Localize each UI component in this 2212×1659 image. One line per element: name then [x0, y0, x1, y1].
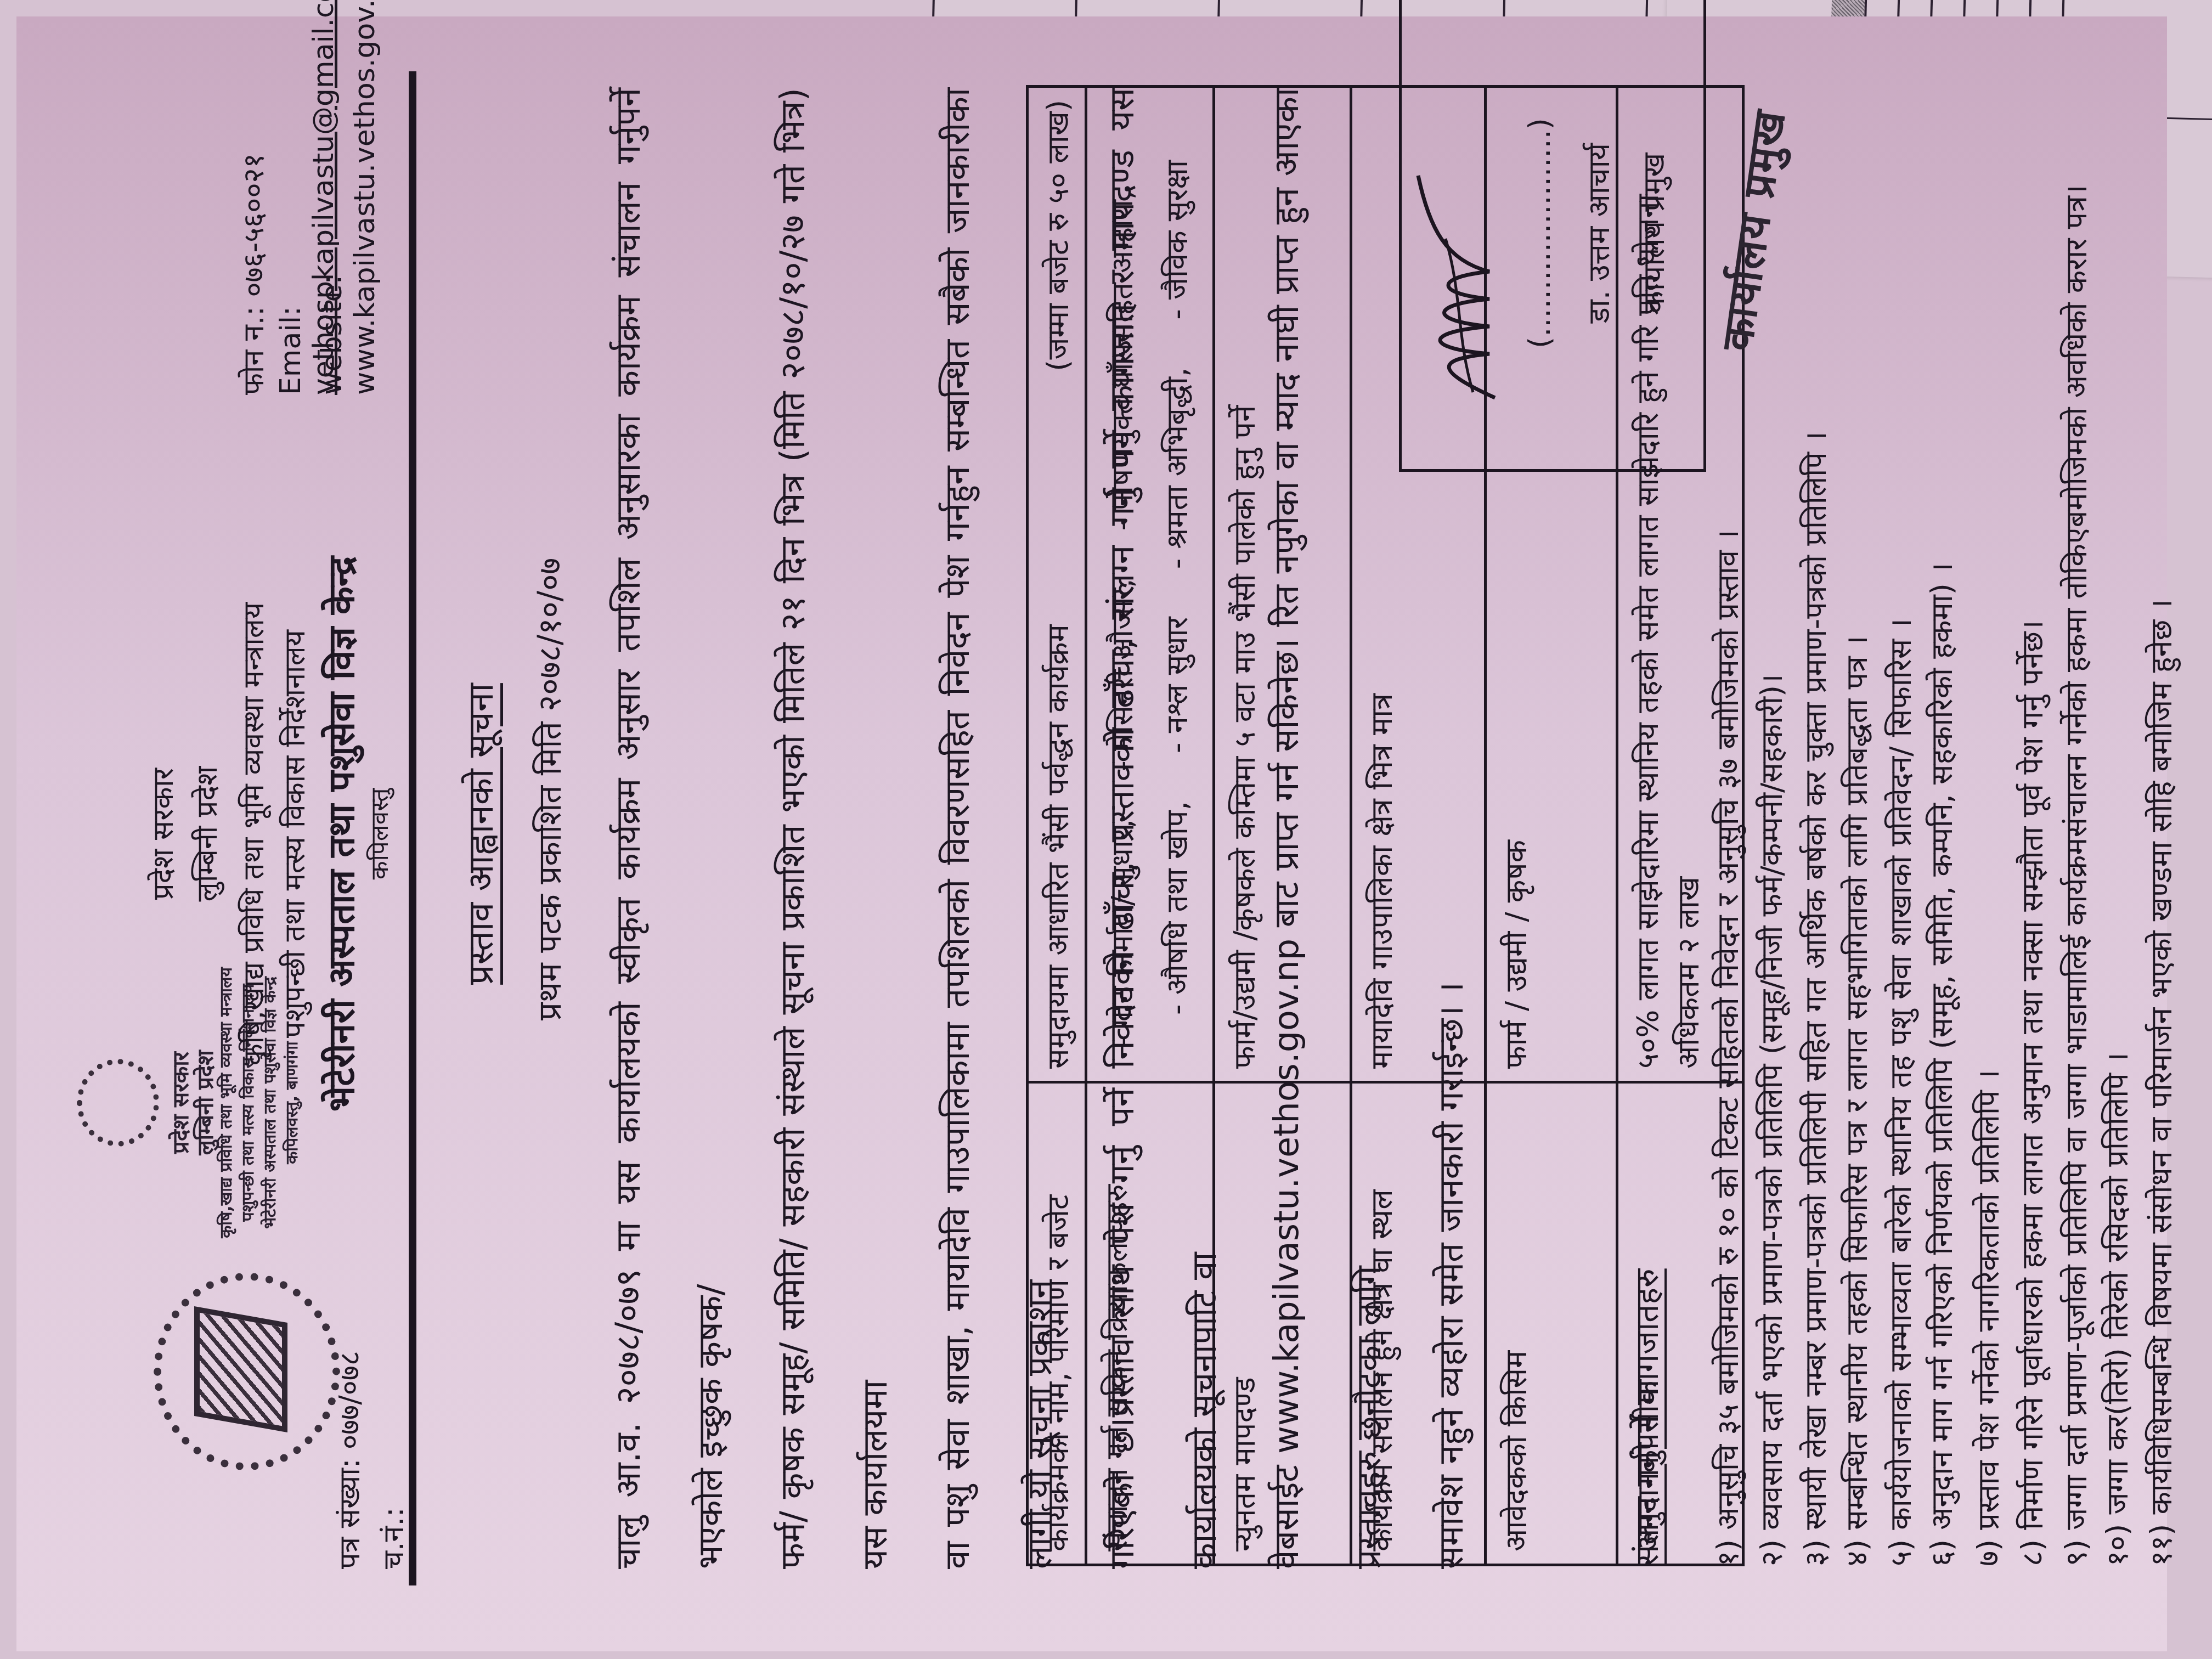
activity-item: - पोषणयुक्त घाँससहित आहारा, [1095, 190, 1150, 531]
signatory-designation: कार्यालय प्रमुख [1632, 0, 1673, 469]
signature-box: (......................) डा. उत्तम आचार्… [1399, 0, 1706, 472]
table-row: संचालन गर्न सकिने क्रियाकलापहरु - गोठ नि… [1086, 87, 1214, 1565]
header-province: लुम्बिनी प्रदेश [187, 16, 225, 1651]
body-line: चालु आ.व. २०७८/०७९ मा यस कार्यालयको स्वी… [587, 88, 752, 1569]
signature-dots: (......................) [1522, 0, 1557, 469]
total-budget: (जम्मा बजेट रु ५० लाख) [1036, 100, 1077, 371]
publish-date: प्रथम पटक प्रकाशित मिति २०७८/१०/०७ [527, 558, 570, 1020]
activity-item: - श्रमता अभिबृद्धी, [1150, 368, 1205, 569]
header-gov: प्रदेश सरकार [143, 16, 182, 1651]
header-divider [409, 71, 416, 1585]
row-value: समुदायमा आधारित भैंसी पर्वद्धन कार्यक्रम… [1028, 87, 1086, 1082]
attachments-heading: संलग्न गर्नुपर्ने कागजातहरु [1624, 1268, 1667, 1566]
website-label: website: [315, 275, 348, 395]
notice-title-wrap: प्रस्ताव आह्वानको सूचना [455, 16, 503, 1651]
activity-item: - गोठ निर्माण/ सुधार, [1095, 819, 1150, 1048]
row-label: न्युनतम मापदण्ड [1214, 1082, 1351, 1565]
phone-value: ०७६-५६००२१ [238, 153, 270, 297]
activity-item: - नश्ल सुधार [1150, 617, 1205, 753]
contact-website: website: www.kapilvastu.vethos.gov.np [315, 0, 381, 395]
row-label: आवेदकको किसिम [1486, 1082, 1617, 1565]
notice-title: प्रस्ताव आह्वानको सूचना [461, 683, 501, 985]
dispatch-number: च.नं.: [373, 1508, 412, 1569]
table-row: कार्यक्रमको नाम, परिमाण र बजेट समुदायमा … [1028, 87, 1086, 1565]
table-row: न्युनतम मापदण्ड फार्म/उद्यमी /कृषकले कम्… [1214, 87, 1351, 1565]
ref-label: पत्र संख्या: [334, 1459, 366, 1570]
ref-value: ०७७/०७८ [334, 1351, 366, 1449]
row-value: फार्म/उद्यमी /कृषकले कम्तिमा ५ वटा माउ भ… [1214, 87, 1351, 1082]
contact-phone: फोन न.: ०७६-५६००२१ [233, 153, 272, 395]
email-label: Email: [274, 306, 307, 395]
attachments-title: संलग्न गर्नुपर्ने कागजातहरु [1628, 1268, 1666, 1566]
program-name: समुदायमा आधारित भैंसी पर्वद्धन कार्यक्रम [1041, 624, 1075, 1069]
notice-page: प्रदेश सरकार लुम्बिनी प्रदेश कृषि,खाद्य … [16, 16, 2167, 1651]
phone-label: फोन न.: [238, 306, 270, 395]
signature-scrawl-icon [1413, 173, 1511, 403]
ref-number: पत्र संख्या: ०७७/०७८ [329, 1351, 368, 1569]
activity-item: - मेसिनरी औजार, [1095, 578, 1150, 771]
activity-item: - जैविक सुरक्षा [1150, 160, 1205, 320]
row-label: कार्यक्रमको नाम, परिमाण र बजेट [1028, 1082, 1086, 1565]
row-label: संचालन गर्न सकिने क्रियाकलापहरु [1086, 1082, 1214, 1565]
body-line: फर्म/ कृषक समूह/ समिति/ सहकारी संस्थाले … [752, 88, 916, 1569]
row-label: कार्यक्रम संचालन हुने क्षेत्र वा स्थल [1351, 1082, 1486, 1565]
website-link[interactable]: www.kapilvastu.vethos.gov.np [348, 0, 381, 395]
activity-item: - औषधि तथा खोप, [1150, 801, 1205, 1015]
signatory-name: डा. उत्तम आचार्य [1577, 0, 1618, 469]
row-value: - गोठ निर्माण/ सुधार, - मेसिनरी औजार, - … [1086, 87, 1214, 1082]
